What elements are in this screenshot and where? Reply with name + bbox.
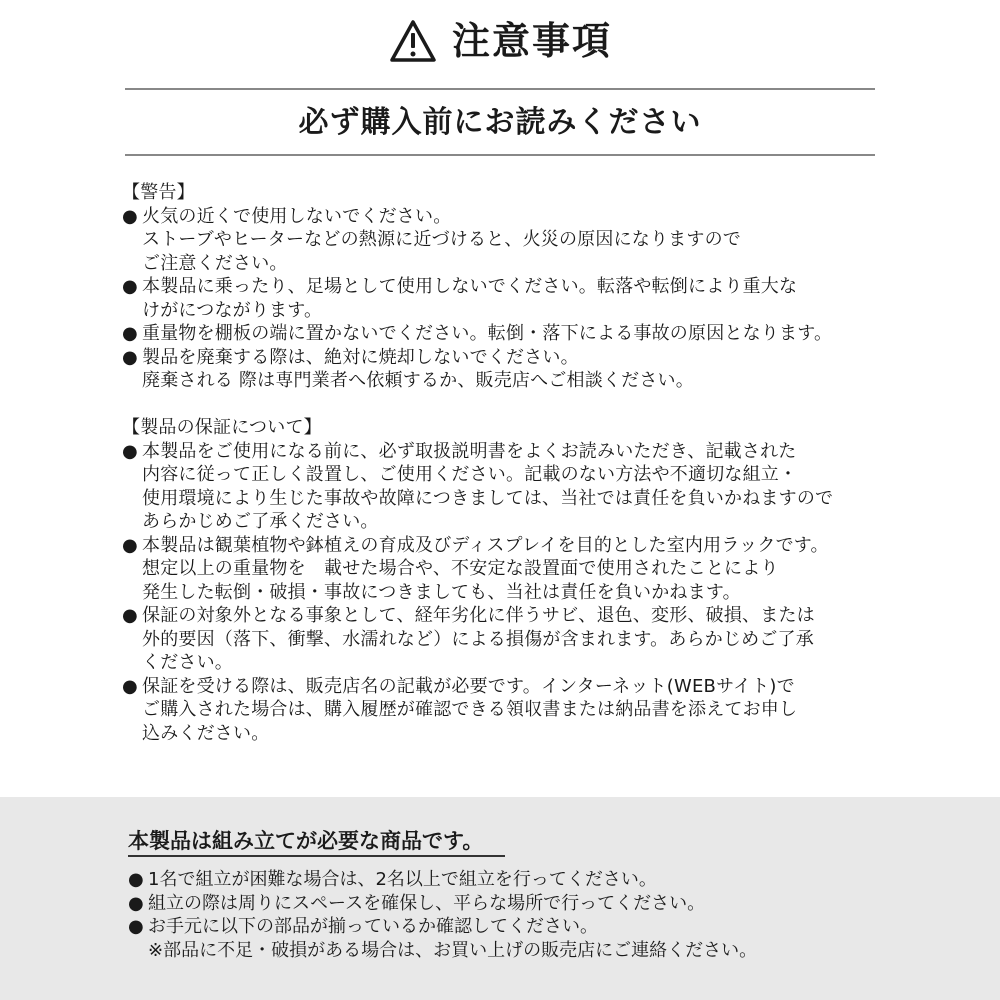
item-line: あらかじめご了承ください。: [142, 510, 882, 534]
item-line: 本製品に乗ったり、足場として使用しないでください。転落や転倒により重大な: [142, 275, 882, 299]
bullet-icon: ●: [122, 205, 142, 276]
warning-item: ● 本製品に乗ったり、足場として使用しないでください。転落や転倒により重大な け…: [122, 275, 882, 322]
bullet-icon: ●: [122, 675, 142, 746]
item-line: 想定以上の重量物を 載せた場合や、不安定な設置面で使用されたことにより: [142, 557, 882, 581]
divider-top: [125, 88, 875, 90]
item-line: ください。: [142, 651, 882, 675]
assembly-list: ● 1名で組立が困難な場合は、2名以上で組立を行ってください。 ● 組立の際は周…: [128, 868, 888, 962]
item-line: 組立の際は周りにスペースを確保し、平らな場所で行ってください。: [148, 892, 705, 916]
bullet-icon: ●: [122, 604, 142, 675]
divider-bottom: [125, 154, 875, 156]
item-line: 発生した転倒・破損・事故につきましても、当社は責任を負いかねます。: [142, 581, 882, 605]
warning-item: ● 重量物を棚板の端に置かないでください。転倒・落下による事故の原因となります。: [122, 322, 882, 346]
warning-item: ● 火気の近くで使用しないでください。 ストーブやヒーターなどの熱源に近づけると…: [122, 205, 882, 276]
item-line: 製品を廃棄する際は、絶対に焼却しないでください。: [142, 346, 882, 370]
bullet-icon: ●: [122, 346, 142, 393]
bullet-icon: ●: [122, 275, 142, 322]
bullet-icon: ●: [128, 892, 148, 916]
assembly-item: ● 1名で組立が困難な場合は、2名以上で組立を行ってください。: [128, 868, 888, 892]
section-spacer: [122, 393, 882, 417]
notice-body: 【警告】 ● 火気の近くで使用しないでください。 ストーブやヒーターなどの熱源に…: [122, 181, 882, 745]
warranty-item: ● 保証の対象外となる事象として、経年劣化に伴うサビ、退色、変形、破損、または …: [122, 604, 882, 675]
page-subtitle: 必ず購入前にお読みください: [0, 101, 1000, 145]
item-line: ご購入された場合は、購入履歴が確認できる領収書または納品書を添えてお申し: [142, 698, 882, 722]
warranty-item: ● 本製品は観葉植物や鉢植えの育成及びディスプレイを目的とした室内用ラックです。…: [122, 534, 882, 605]
item-line: 外的要因（落下、衝撃、水濡れなど）による損傷が含まれます。あらかじめご了承: [142, 628, 882, 652]
item-line: お手元に以下の部品が揃っているか確認してください。: [148, 915, 598, 939]
bullet-icon: ●: [128, 915, 148, 939]
bullet-icon: ●: [122, 534, 142, 605]
assembly-item: ● 組立の際は周りにスペースを確保し、平らな場所で行ってください。: [128, 892, 888, 916]
item-line: 1名で組立が困難な場合は、2名以上で組立を行ってください。: [148, 868, 657, 892]
bullet-icon: ●: [128, 868, 148, 892]
warning-triangle-icon: [388, 18, 438, 64]
item-line: 使用環境により生じた事故や故障につきましては、当社では責任を負いかねますので: [142, 487, 882, 511]
item-line: 込みください。: [142, 722, 882, 746]
item-line: 内容に従って正しく設置し、ご使用ください。記載のない方法や不適切な組立・: [142, 463, 882, 487]
item-line: ご注意ください。: [142, 252, 882, 276]
assembly-item: ● お手元に以下の部品が揃っているか確認してください。: [128, 915, 888, 939]
warning-heading: 【警告】: [122, 181, 882, 205]
warranty-heading: 【製品の保証について】: [122, 416, 882, 440]
item-line: 保証を受ける際は、販売店名の記載が必要です。インターネット(WEBサイト)で: [142, 675, 882, 699]
item-line: 廃棄される 際は専門業者へ依頼するか、販売店へご相談ください。: [142, 369, 882, 393]
item-line: ストーブやヒーターなどの熱源に近づけると、火災の原因になりますので: [142, 228, 882, 252]
item-line: 本製品は観葉植物や鉢植えの育成及びディスプレイを目的とした室内用ラックです。: [142, 534, 882, 558]
warranty-item: ● 本製品をご使用になる前に、必ず取扱説明書をよくお読みいただき、記載された 内…: [122, 440, 882, 534]
warning-item: ● 製品を廃棄する際は、絶対に焼却しないでください。 廃棄される 際は専門業者へ…: [122, 346, 882, 393]
item-line: 保証の対象外となる事象として、経年劣化に伴うサビ、退色、変形、破損、または: [142, 604, 882, 628]
assembly-note: ※部品に不足・破損がある場合は、お買い上げの販売店にご連絡ください。: [128, 939, 888, 963]
header-title-group: 注意事項: [0, 18, 1000, 64]
page-title: 注意事項: [452, 18, 612, 64]
bullet-icon: ●: [122, 440, 142, 534]
item-line: けがにつながります。: [142, 299, 882, 323]
item-line: 火気の近くで使用しないでください。: [142, 205, 882, 229]
warranty-item: ● 保証を受ける際は、販売店名の記載が必要です。インターネット(WEBサイト)で…: [122, 675, 882, 746]
bullet-icon: ●: [122, 322, 142, 346]
item-line: 重量物を棚板の端に置かないでください。転倒・落下による事故の原因となります。: [142, 322, 882, 346]
item-line: 本製品をご使用になる前に、必ず取扱説明書をよくお読みいただき、記載された: [142, 440, 882, 464]
assembly-heading: 本製品は組み立てが必要な商品です。: [128, 827, 505, 857]
